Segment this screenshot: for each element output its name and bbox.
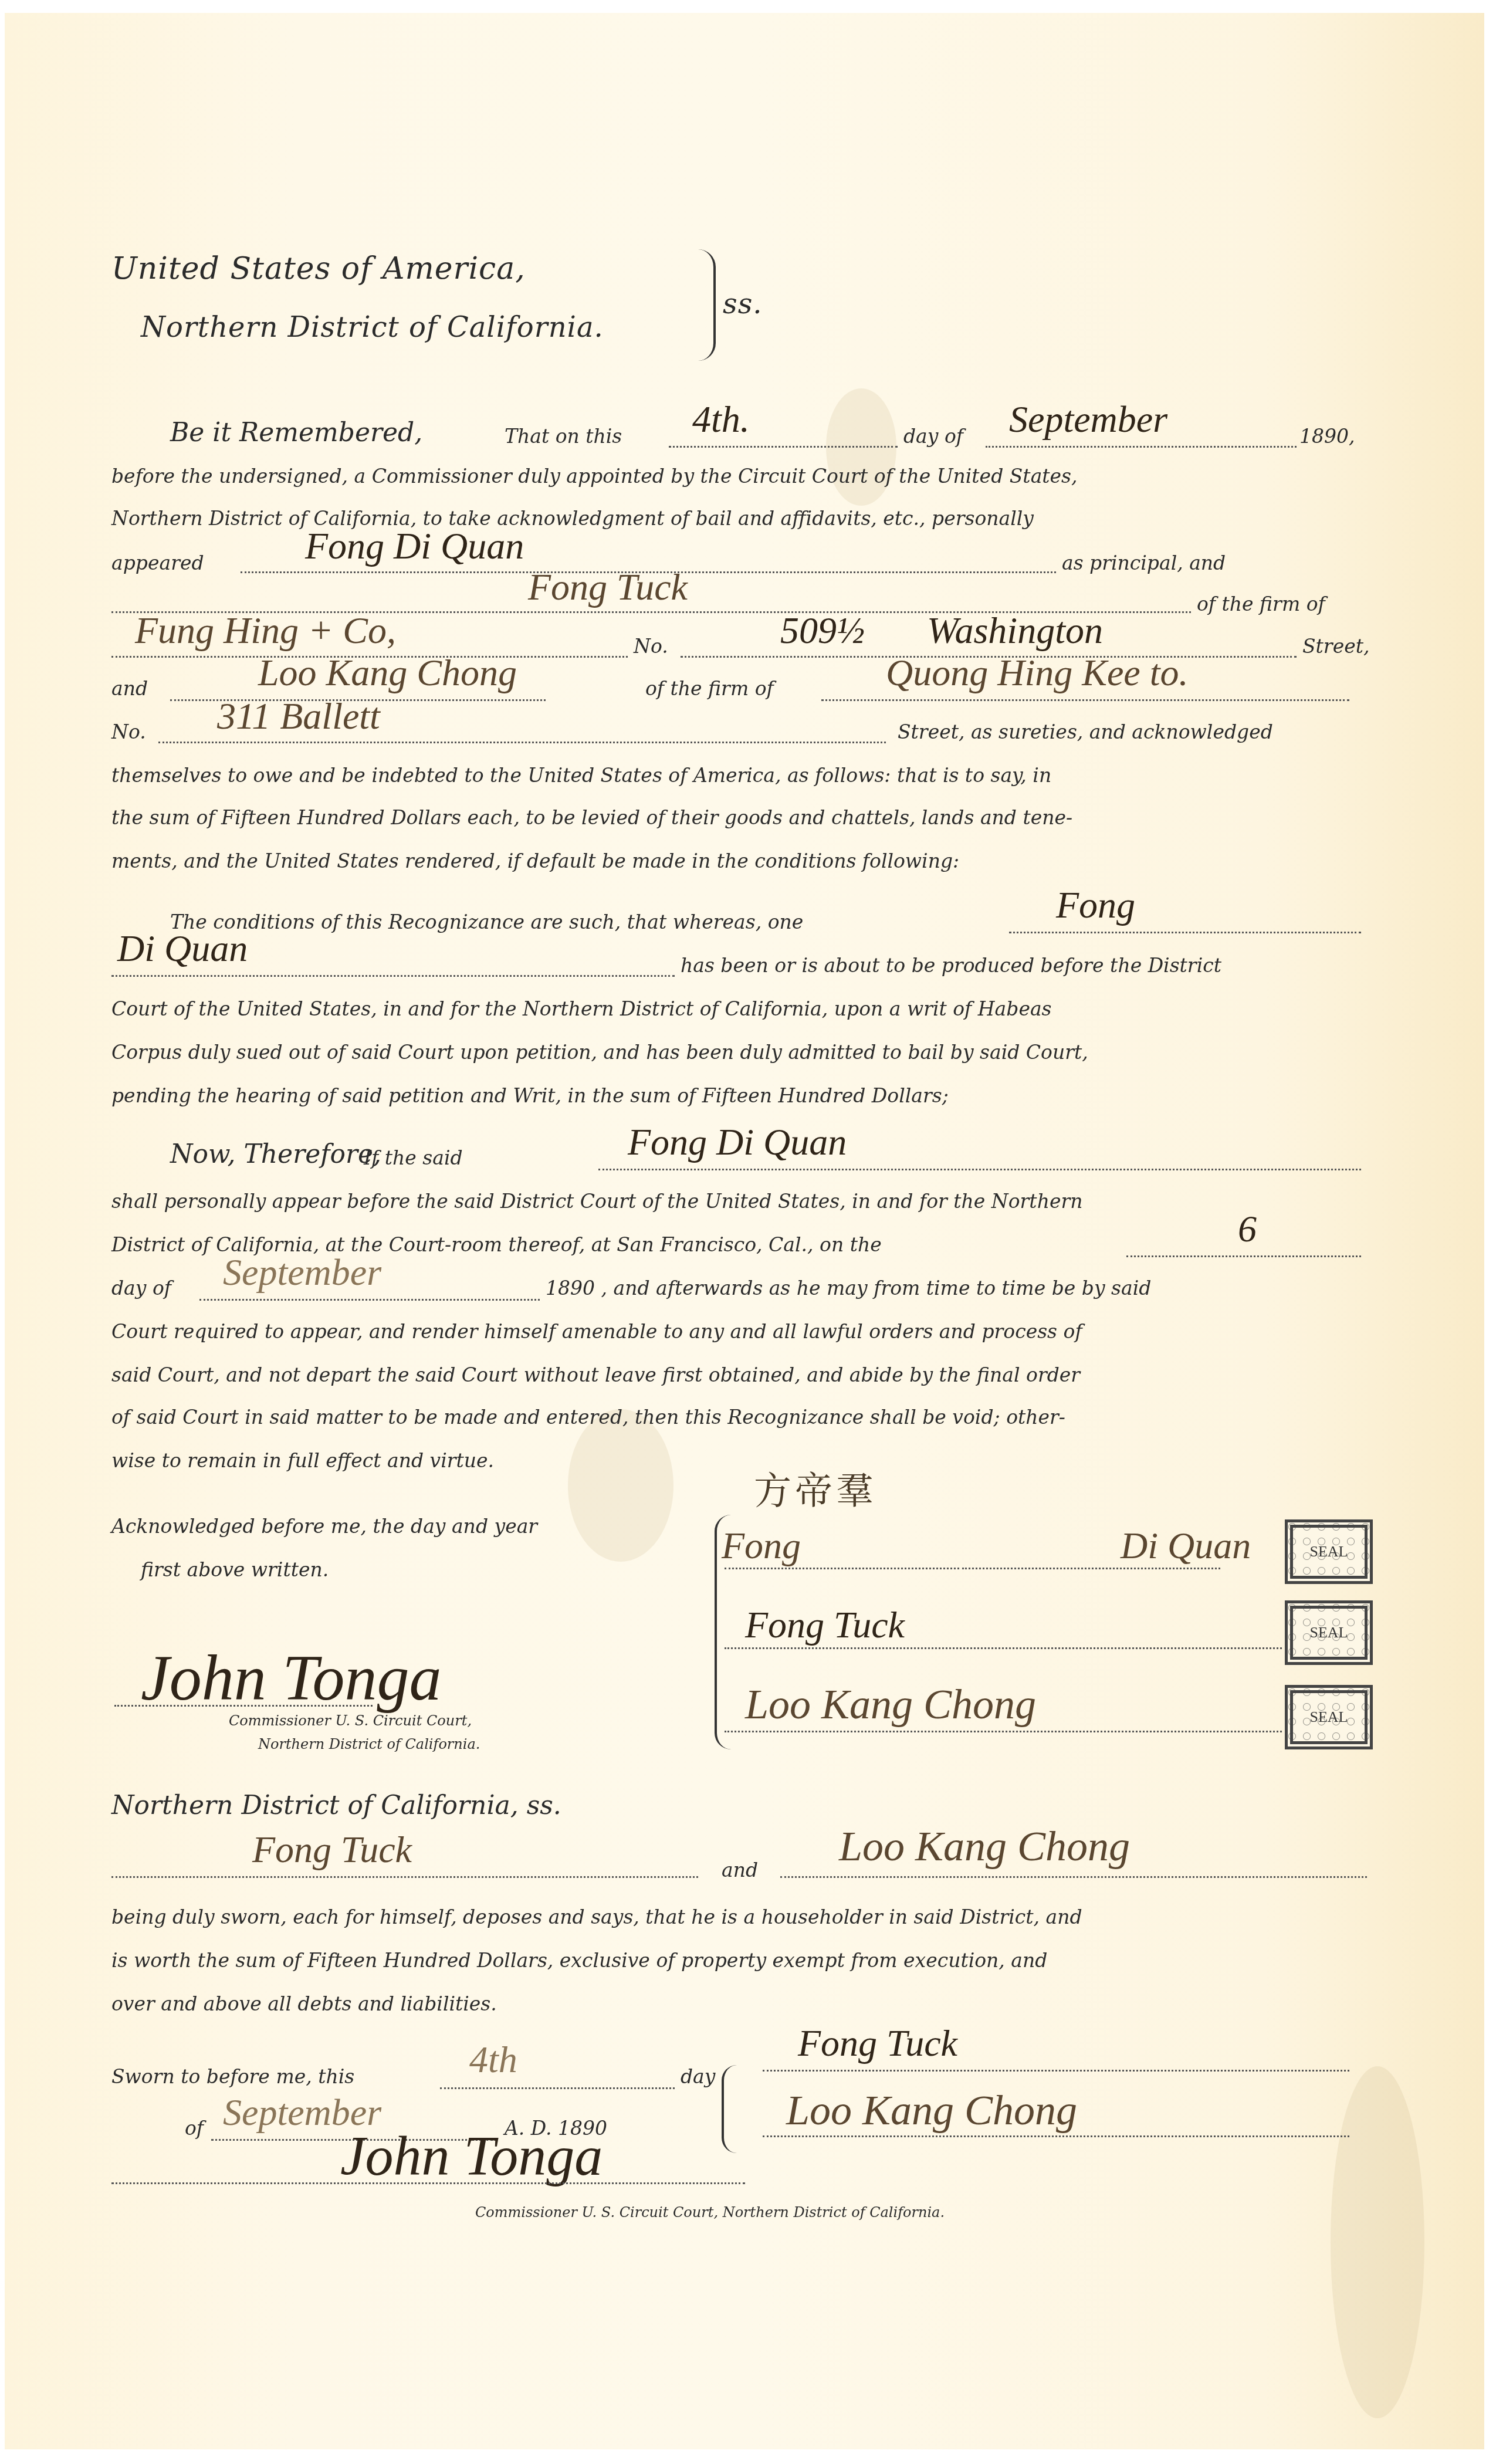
address2-field-line: [158, 742, 886, 743]
ack-caption2: Northern District of California.: [258, 1735, 480, 1753]
commissioner-signature-line: [114, 1705, 373, 1707]
seal-1: SEAL: [1285, 1519, 1373, 1584]
appearance-day-field-line: [1126, 1255, 1361, 1257]
affiant-line-2: [763, 2135, 1349, 2137]
principal-handwritten: Fong Di Quan: [305, 526, 524, 567]
month-field-line: [986, 446, 1297, 448]
appearance-month-field-line: [199, 1299, 540, 1301]
address1-number: 509½: [780, 610, 865, 651]
seal-label: SEAL: [1310, 1543, 1348, 1561]
para3-line8: wise to remain in full effect and virtue…: [111, 1449, 494, 1473]
sworn-commissioner-signature: John Tonga: [340, 2124, 603, 2188]
para1-line7: themselves to owe and be indebted to the…: [111, 764, 1051, 787]
para1-line2: before the undersigned, a Commissioner d…: [111, 465, 1078, 488]
principal-signature-last: Di Quan: [1121, 1525, 1251, 1566]
affidavit-line1: being duly sworn, each for himself, depo…: [111, 1905, 1082, 1929]
para3-line5: Court required to appear, and render him…: [111, 1320, 1082, 1343]
para3-line4-rest: 1890 , and afterwards as he may from tim…: [546, 1277, 1151, 1300]
surety2-signature: Loo Kang Chong: [745, 1684, 1036, 1725]
para2-line1: The conditions of this Recognizance are …: [170, 911, 803, 934]
day-of-label: day of: [111, 1277, 171, 1300]
surety2-handwritten: Loo Kang Chong: [258, 652, 517, 693]
affidavit-surety1: Fong Tuck: [252, 1829, 412, 1870]
surety1-handwritten: Fong Tuck: [528, 567, 688, 608]
para3-line2: shall personally appear before the said …: [111, 1190, 1082, 1213]
no-label: No.: [634, 635, 668, 658]
ack-caption1: Commissioner U. S. Circuit Court,: [229, 1712, 472, 1729]
para2-line4: Corpus duly sued out of said Court upon …: [111, 1041, 1088, 1064]
seal-label: SEAL: [1310, 1708, 1348, 1726]
paper-stain: [568, 1409, 673, 1562]
para1-line3: Northern District of California, to take…: [111, 507, 1034, 530]
sworn-day-label: day: [681, 2065, 715, 2089]
chinese-signature: 方帝羣: [754, 1461, 877, 1515]
heading-ss: ss.: [723, 287, 763, 320]
signature-line-3: [725, 1731, 1282, 1732]
sworn-day: 4th: [469, 2039, 517, 2080]
affidavit-line3: over and above all debts and liabilities…: [111, 1992, 497, 2016]
street-sureties: Street, as sureties, and acknowledged: [898, 720, 1273, 744]
if-the-said: If the said: [364, 1146, 463, 1170]
affiant-signature-1: Fong Tuck: [798, 2023, 957, 2064]
affidavit-and: and: [722, 1859, 758, 1882]
day-of: day of: [903, 425, 963, 448]
heading-line-2: Northern District of California.: [141, 311, 604, 344]
and-label: and: [111, 677, 148, 700]
affidavit-surety2-line: [780, 1876, 1367, 1878]
defendant-name-part2: Di Quan: [117, 928, 248, 969]
signature-line-2: [725, 1647, 1282, 1649]
seal-3: SEAL: [1285, 1685, 1373, 1749]
sworn-day-line: [440, 2087, 675, 2089]
affiant-signature-2: Loo Kang Chong: [786, 2090, 1077, 2131]
that-on-this: That on this: [505, 425, 622, 448]
no-label-2: No.: [111, 720, 146, 744]
month-handwritten: September: [1009, 399, 1167, 440]
sworn-commissioner-line: [111, 2182, 745, 2184]
of-the-firm-of-2: of the firm of: [645, 677, 774, 700]
defendant-name-part1: Fong: [1056, 885, 1135, 926]
appearance-day: 6: [1238, 1209, 1257, 1250]
affiant-line-1: [763, 2070, 1349, 2072]
para2-line5: pending the hearing of said petition and…: [111, 1084, 949, 1108]
para1-line9: ments, and the United States rendered, i…: [111, 849, 959, 873]
para1-line8: the sum of Fifteen Hundred Dollars each,…: [111, 806, 1072, 830]
commissioner-signature: John Tonga: [141, 1643, 441, 1713]
paper-stain: [1331, 2066, 1424, 2418]
affidavit-heading: Northern District of California, ss.: [111, 1794, 561, 1817]
street-label: Street,: [1302, 635, 1369, 658]
affidavit-surety2: Loo Kang Chong: [839, 1826, 1130, 1867]
be-it-remembered: Be it Remembered,: [170, 421, 422, 445]
year: 1890,: [1299, 425, 1355, 448]
defendant-field-line-1: [1009, 932, 1361, 933]
sworn-brace: [722, 2065, 737, 2153]
seal-label: SEAL: [1310, 1624, 1348, 1641]
address1-street: Washington: [927, 610, 1103, 651]
ack-line1: Acknowledged before me, the day and year: [111, 1515, 537, 1538]
para2-line2: has been or is about to be produced befo…: [681, 954, 1221, 977]
defendant-field-line-3: [598, 1169, 1361, 1170]
sworn-label: Sworn to before me, this: [111, 2065, 354, 2089]
appearance-month: September: [223, 1252, 381, 1293]
signature-line-1: [725, 1568, 959, 1569]
sworn-of-label: of: [185, 2117, 204, 2140]
principal-signature-first: Fong: [722, 1525, 801, 1566]
firm2-field-line: [821, 699, 1349, 701]
seal-2: SEAL: [1285, 1600, 1373, 1665]
appeared-label: appeared: [111, 551, 204, 575]
affidavit-line2: is worth the sum of Fifteen Hundred Doll…: [111, 1949, 1047, 1972]
para3-line6: said Court, and not depart the said Cour…: [111, 1363, 1080, 1387]
address2-handwritten: 311 Ballett: [217, 696, 380, 737]
day-handwritten: 4th.: [692, 399, 750, 440]
now-therefore: Now, Therefore,: [170, 1143, 381, 1166]
surety1-signature: Fong Tuck: [745, 1605, 905, 1646]
heading-line-1: United States of America,: [111, 251, 526, 286]
para2-line3: Court of the United States, in and for t…: [111, 997, 1052, 1021]
as-principal: as principal, and: [1062, 551, 1226, 575]
ack-line2: first above written.: [141, 1558, 329, 1582]
of-the-firm-of: of the firm of: [1197, 593, 1325, 616]
sworn-caption: Commissioner U. S. Circuit Court, Northe…: [475, 2204, 945, 2221]
day-field-line: [669, 446, 898, 448]
heading-brace: [698, 249, 716, 361]
affidavit-surety1-line: [111, 1876, 698, 1878]
firm2-handwritten: Quong Hing Kee to.: [886, 652, 1189, 693]
firm1-handwritten: Fung Hing + Co,: [135, 610, 396, 651]
defendant-field-line-2: [111, 975, 675, 977]
para3-line7: of said Court in said matter to be made …: [111, 1406, 1065, 1429]
signature-line-1b: [962, 1568, 1220, 1569]
defendant-name-3: Fong Di Quan: [628, 1122, 847, 1163]
